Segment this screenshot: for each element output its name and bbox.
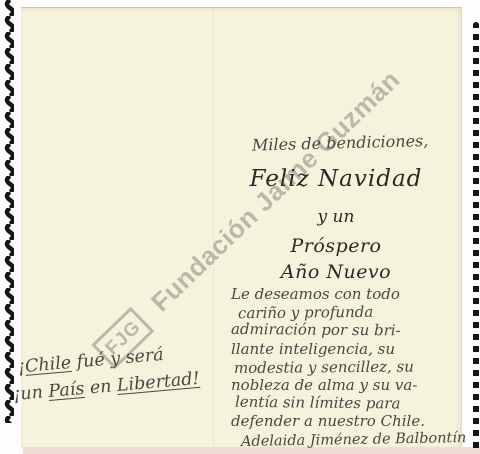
scanned-card-page: FJG Fundación Jaime Guzmán ¡Chile fué y … — [0, 0, 480, 454]
message-line: lentía sin límites para — [231, 393, 479, 414]
printed-greeting-prospero: Próspero — [230, 235, 442, 257]
handwritten-message: Le deseamos con todo cariño y profunda a… — [231, 285, 479, 449]
message-line: defender a nuestro Chile. — [231, 412, 479, 430]
message-line: nobleza de alma y su va- — [231, 376, 479, 394]
underlined-word-chile: Chile — [24, 353, 72, 377]
message-line: llante inteligencia, su — [231, 340, 479, 358]
underlined-word-libertad: Libertad! — [116, 369, 200, 396]
printed-greeting-feliz-navidad: Feliz Navidad — [230, 166, 442, 192]
inscription-line-1-rest: fué y será — [70, 345, 164, 373]
message-line: admiración por su bri- — [231, 320, 479, 340]
printed-greeting-y-un: y un — [230, 207, 442, 227]
signature-line: Adelaida Jiménez de Balbontín — [231, 428, 479, 451]
printed-greeting-ano-nuevo: Año Nuevo — [230, 261, 442, 283]
inscription-line-2-mid: en — [83, 376, 117, 399]
message-line: modestia y sencillez, su — [231, 357, 479, 377]
card-fold-line — [213, 8, 215, 446]
underlined-word-pais: País — [48, 379, 86, 402]
inscription-line-2-open: ¡un — [13, 382, 50, 405]
message-line: Le deseamos con todo — [231, 285, 479, 303]
